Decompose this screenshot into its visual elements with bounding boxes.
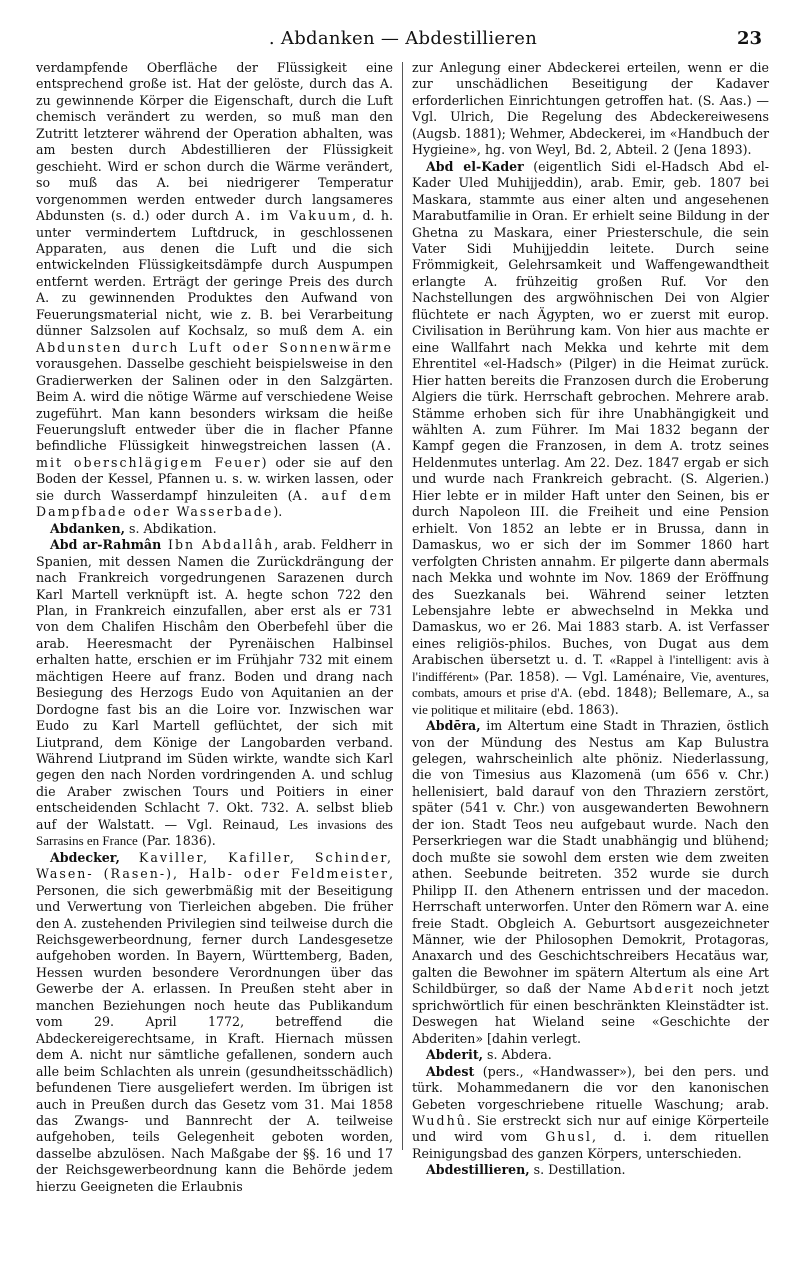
entry-abdest: Abdest (pers., «Handwasser»), bei den pe… <box>412 1064 769 1163</box>
left-column: verdampfende Oberfläche der Flüssigkeit … <box>36 60 393 1195</box>
continued-paragraph: zur Anlegung einer Abdeckerei erteilen, … <box>412 60 769 159</box>
headword: Abderit, <box>426 1047 483 1062</box>
right-column: zur Anlegung einer Abdeckerei erteilen, … <box>412 60 769 1179</box>
page-header: . Abdanken — Abdestillieren 23 <box>36 28 770 52</box>
headword: Abdestillieren, <box>426 1162 530 1177</box>
entry-abd-ar-rahman: Abd ar-Rahmân Ibn Abdallâh, arab. Feldhe… <box>36 537 393 850</box>
entry-abdera: Abdēra, im Altertum eine Stadt in Thrazi… <box>412 718 769 1047</box>
entry-abdecker: Abdecker, Kaviller, Kafiller, Schinder, … <box>36 850 393 1196</box>
headword: Abd ar-Rahmân <box>50 537 161 552</box>
headword: Abd el-Kader <box>426 159 524 174</box>
headword: Abdanken, <box>50 521 125 536</box>
continued-paragraph: verdampfende Oberfläche der Flüssigkeit … <box>36 60 393 521</box>
headword: Abdecker, <box>50 850 120 865</box>
running-head: . Abdanken — Abdestillieren <box>36 28 770 49</box>
entry-abd-el-kader: Abd el-Kader (eigentlich Sidi el-Hadsch … <box>412 159 769 718</box>
entry-abderit: Abderit, s. Abdera. <box>412 1047 769 1063</box>
column-divider <box>402 62 403 1150</box>
entry-abdestillieren: Abdestillieren, s. Destillation. <box>412 1162 769 1178</box>
headword: Abdest <box>426 1064 474 1079</box>
headword: Abdēra, <box>426 718 481 733</box>
page-number: 23 <box>737 28 762 49</box>
two-column-body: verdampfende Oberfläche der Flüssigkeit … <box>36 60 772 1240</box>
entry-abdanken: Abdanken, s. Abdikation. <box>36 521 393 537</box>
